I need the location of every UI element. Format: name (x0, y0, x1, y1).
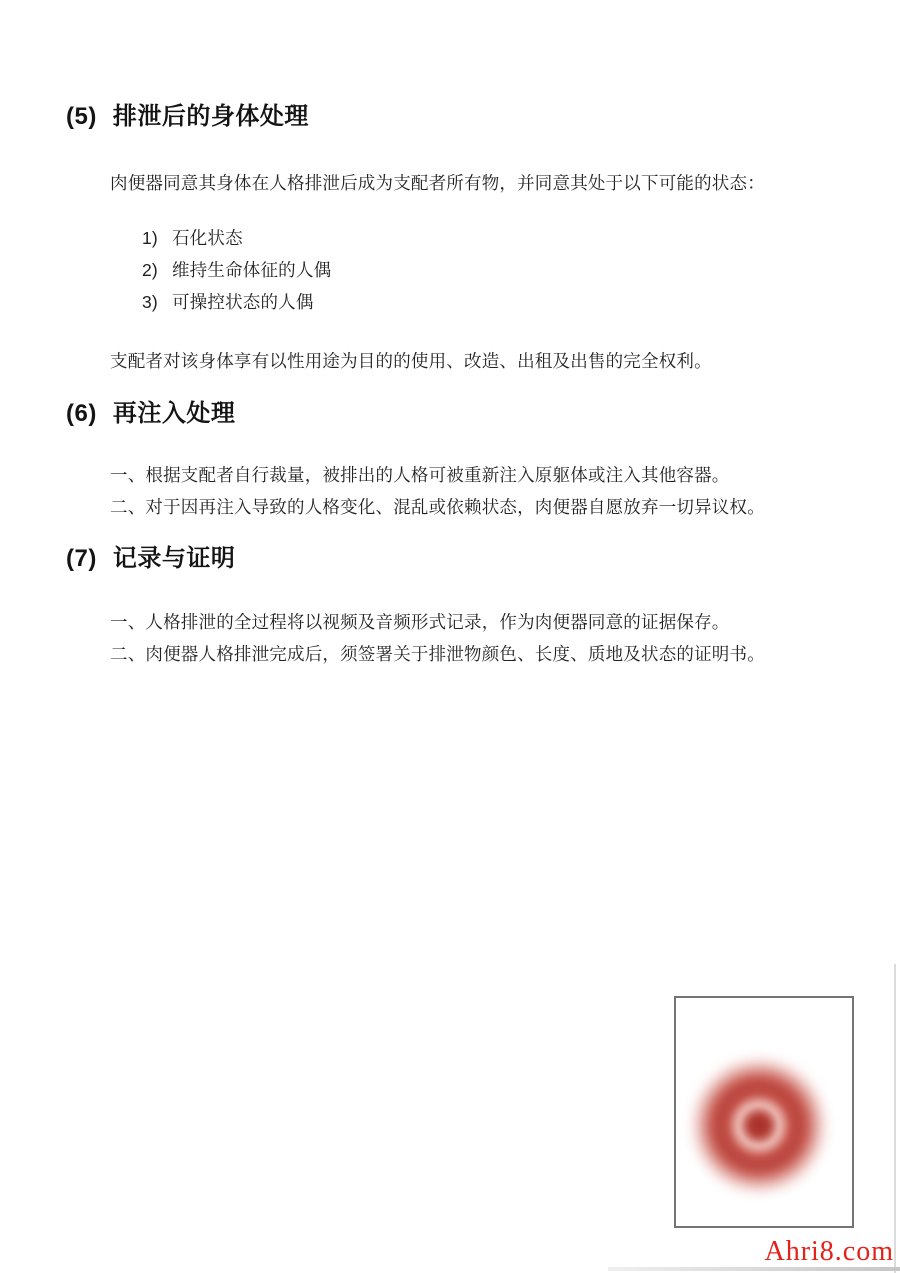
section-5-heading: (5) 排泄后的身体处理 (66, 103, 309, 131)
section-7-clause: 二、肉便器人格排泄完成后，须签署关于排泄物颜色、长度、质地及状态的证明书。 (110, 644, 765, 665)
list-item-number: 1) (142, 228, 158, 249)
seal-box (674, 996, 854, 1228)
watermark: Ahri8.com (764, 1238, 894, 1266)
page-edge-horizontal-line (608, 1267, 900, 1271)
section-5-title: 排泄后的身体处理 (113, 103, 309, 131)
list-item-number: 2) (142, 260, 158, 281)
list-item-number: 3) (142, 292, 158, 313)
section-7-title: 记录与证明 (113, 545, 236, 573)
list-item: 3) 可操控状态的人偶 (142, 292, 314, 313)
section-6-clause: 二、对于因再注入导致的人格变化、混乱或依赖状态，肉便器自愿放弃一切异议权。 (110, 497, 765, 518)
section-7-clause: 一、人格排泄的全过程将以视频及音频形式记录，作为肉便器同意的证据保存。 (110, 612, 730, 633)
list-item: 1) 石化状态 (142, 228, 243, 249)
red-fingerprint-seal-icon (683, 1048, 835, 1200)
section-5-intro: 肉便器同意其身体在人格排泄后成为支配者所有物，并同意其处于以下可能的状态： (110, 173, 765, 194)
section-7-number: (7) (66, 545, 97, 573)
section-5-outro: 支配者对该身体享有以性用途为目的的使用、改造、出租及出售的完全权利。 (110, 351, 712, 372)
list-item-text: 维持生命体征的人偶 (172, 260, 331, 281)
section-6-clause: 一、根据支配者自行裁量，被排出的人格可被重新注入原躯体或注入其他容器。 (110, 465, 730, 486)
page-edge-vertical-line (894, 964, 896, 1273)
section-6-number: (6) (66, 400, 97, 428)
section-7-heading: (7) 记录与证明 (66, 545, 235, 573)
section-6-title: 再注入处理 (113, 400, 236, 428)
section-5-number: (5) (66, 103, 97, 131)
section-6-heading: (6) 再注入处理 (66, 400, 235, 428)
list-item-text: 石化状态 (172, 228, 243, 249)
list-item-text: 可操控状态的人偶 (172, 292, 314, 313)
document-page: (5) 排泄后的身体处理 肉便器同意其身体在人格排泄后成为支配者所有物，并同意其… (0, 0, 900, 1273)
list-item: 2) 维持生命体征的人偶 (142, 260, 331, 281)
